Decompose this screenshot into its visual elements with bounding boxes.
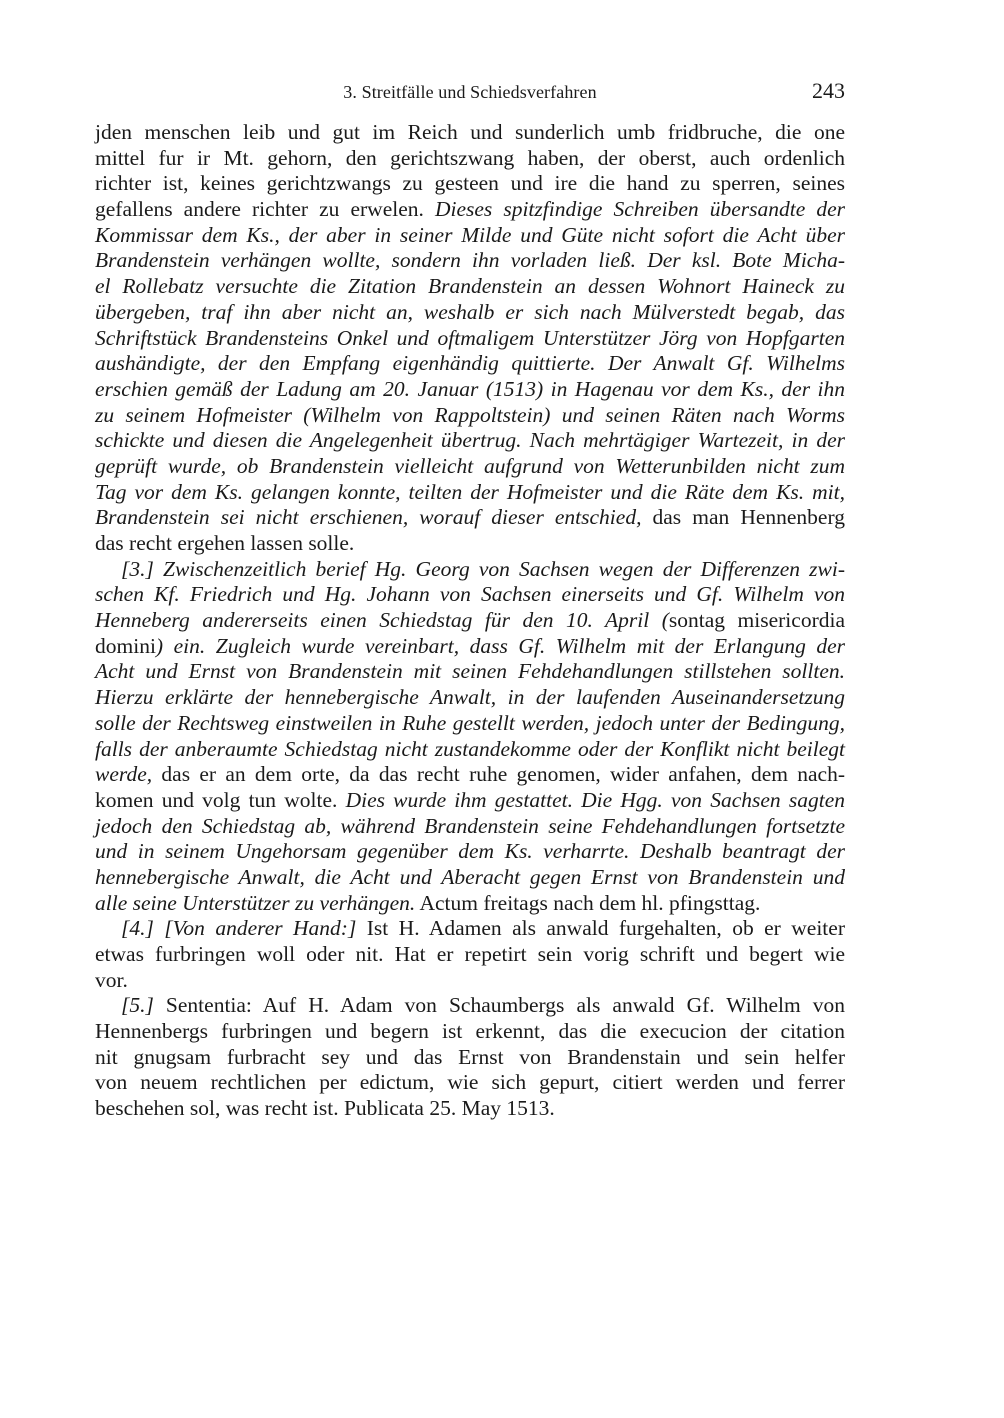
- text-line: komen und volg tun wolte. Dies wurde ihm…: [95, 788, 845, 814]
- source-quote-text: nit gnugsam furbracht sey und das Ernst …: [95, 1045, 845, 1069]
- text-line: etwas furbringen woll oder nit. Hat er r…: [95, 942, 845, 968]
- text-line: von neuem rechtlichen per edictum, wie s…: [95, 1070, 845, 1096]
- running-title: 3. Streitfälle und Schiedsverfahren: [95, 82, 845, 103]
- editorial-summary-text: Hierzu erklärte der hennebergische Anwal…: [95, 685, 845, 709]
- editorial-summary-text: erschien gemäß der Ladung am 20. Januar …: [95, 377, 845, 401]
- editorial-summary-text: geprüft wurde, ob Brandenstein vielleich…: [95, 454, 845, 478]
- source-quote-text: das er an dem orte, da das recht ruhe ge…: [152, 762, 845, 786]
- text-line: geprüft wurde, ob Brandenstein vielleich…: [95, 454, 845, 480]
- source-quote-text: beschehen sol, was recht ist. Publicata …: [95, 1096, 555, 1120]
- text-line: jden menschen leib und gut im Reich und …: [95, 120, 845, 146]
- source-quote-text: Sententia: Auf H. Adam von Schaumbergs a…: [154, 993, 845, 1017]
- editorial-summary-text: Brandenstein sei nicht erschienen, worau…: [95, 505, 641, 529]
- source-quote-text: etwas furbringen woll oder nit. Hat er r…: [95, 942, 845, 966]
- text-line: alle seine Unterstützer zu verhängen. Ac…: [95, 891, 845, 917]
- editorial-summary-text: übergeben, traf ihn aber nicht an, wesha…: [95, 300, 845, 324]
- editorial-summary-text: ) ein. Zugleich wurde vereinbart, dass G…: [156, 634, 845, 658]
- text-line: übergeben, traf ihn aber nicht an, wesha…: [95, 300, 845, 326]
- text-line: [5.] Sententia: Auf H. Adam von Schaumbe…: [95, 993, 845, 1019]
- text-line: richter ist, keines gerichtzwangs zu ges…: [95, 171, 845, 197]
- source-quote-text: das man Hennenberg: [641, 505, 845, 529]
- text-line: Kommissar dem Ks., der aber in seiner Mi…: [95, 223, 845, 249]
- text-line: nit gnugsam furbracht sey und das Ernst …: [95, 1045, 845, 1071]
- editorial-summary-text: Kommissar dem Ks., der aber in seiner Mi…: [95, 223, 845, 247]
- editorial-summary-text: und in seinem Ungehorsam gegenüber dem K…: [95, 839, 845, 863]
- editorial-summary-text: alle seine Unterstützer zu verhängen.: [95, 891, 415, 915]
- editorial-summary-text: [3.] Zwischenzeitlich berief Hg. Georg v…: [121, 557, 845, 581]
- editorial-summary-text: el Rollebatz versuchte die Zitation Bran…: [95, 274, 845, 298]
- running-header: 3. Streitfälle und Schiedsverfahren 243: [95, 78, 845, 108]
- source-quote-text: vor.: [95, 968, 128, 992]
- editorial-summary-text: schen Kf. Friedrich und Hg. Johann von S…: [95, 582, 845, 606]
- source-quote-text: domini: [95, 634, 156, 658]
- text-line: vor.: [95, 968, 845, 994]
- document-body: jden menschen leib und gut im Reich und …: [95, 120, 845, 1122]
- text-line: und in seinem Ungehorsam gegenüber dem K…: [95, 839, 845, 865]
- text-line: werde, das er an dem orte, da das recht …: [95, 762, 845, 788]
- editorial-summary-text: solle der Rechtsweg einstweilen in Ruhe …: [95, 711, 845, 735]
- editorial-summary-text: Dies wurde ihm gestattet. Die Hgg. von S…: [346, 788, 845, 812]
- text-line: hennebergische Anwalt, die Acht und Aber…: [95, 865, 845, 891]
- editorial-summary-text: Tag vor dem Ks. gelangen konnte, teilten…: [95, 480, 845, 504]
- text-line: el Rollebatz versuchte die Zitation Bran…: [95, 274, 845, 300]
- text-line: Tag vor dem Ks. gelangen konnte, teilten…: [95, 480, 845, 506]
- text-line: das recht ergehen lassen solle.: [95, 531, 845, 557]
- text-line: Acht und Ernst von Brandenstein mit sein…: [95, 659, 845, 685]
- editorial-summary-text: zu seinem Hofmeister (Wilhelm von Rappol…: [95, 403, 845, 427]
- source-quote-text: gefallens andere richter zu erwelen.: [95, 197, 435, 221]
- source-quote-text: das recht ergehen lassen solle.: [95, 531, 354, 555]
- source-quote-text: Actum freitags nach dem hl. pfingsttag.: [415, 891, 760, 915]
- source-quote-text: richter ist, keines gerichtzwangs zu ges…: [95, 171, 845, 195]
- editorial-summary-text: Schriftstück Brandensteins Onkel und oft…: [95, 326, 845, 350]
- editorial-summary-text: Henneberg andererseits einen Schiedstag …: [95, 608, 669, 632]
- text-line: beschehen sol, was recht ist. Publicata …: [95, 1096, 845, 1122]
- text-line: Schriftstück Brandensteins Onkel und oft…: [95, 326, 845, 352]
- text-line: jedoch den Schiedstag ab, während Brande…: [95, 814, 845, 840]
- editorial-summary-text: aushändigte, der den Empfang eigenhändig…: [95, 351, 845, 375]
- text-line: Henneberg andererseits einen Schiedstag …: [95, 608, 845, 634]
- text-line: erschien gemäß der Ladung am 20. Januar …: [95, 377, 845, 403]
- source-quote-text: komen und volg tun wolte.: [95, 788, 346, 812]
- source-quote-text: sontag misericordia: [669, 608, 845, 632]
- page-number: 243: [812, 78, 845, 104]
- editorial-summary-text: [5.]: [121, 993, 154, 1017]
- text-line: [3.] Zwischenzeitlich berief Hg. Georg v…: [95, 557, 845, 583]
- text-line: solle der Rechtsweg einstweilen in Ruhe …: [95, 711, 845, 737]
- text-line: falls der anberaumte Schiedstag nicht zu…: [95, 737, 845, 763]
- editorial-summary-text: Acht und Ernst von Brandenstein mit sein…: [95, 659, 845, 683]
- source-quote-text: von neuem rechtlichen per edictum, wie s…: [95, 1070, 845, 1094]
- editorial-summary-text: falls der anberaumte Schiedstag nicht zu…: [95, 737, 845, 761]
- editorial-summary-text: [4.] [Von anderer Hand:]: [121, 916, 356, 940]
- text-line: schickte und diesen die Angelegenheit üb…: [95, 428, 845, 454]
- text-line: schen Kf. Friedrich und Hg. Johann von S…: [95, 582, 845, 608]
- editorial-summary-text: schickte und diesen die Angelegenheit üb…: [95, 428, 845, 452]
- text-line: zu seinem Hofmeister (Wilhelm von Rappol…: [95, 403, 845, 429]
- text-line: [4.] [Von anderer Hand:] Ist H. Adamen a…: [95, 916, 845, 942]
- text-line: Hennenbergs furbringen und begern ist er…: [95, 1019, 845, 1045]
- editorial-summary-text: werde,: [95, 762, 152, 786]
- text-line: Brandenstein sei nicht erschienen, worau…: [95, 505, 845, 531]
- text-line: Brandenstein verhängen wollte, sondern i…: [95, 248, 845, 274]
- source-quote-text: mittel fur ir Mt. gehorn, den gerichtszw…: [95, 146, 845, 170]
- text-line: mittel fur ir Mt. gehorn, den gerichtszw…: [95, 146, 845, 172]
- text-line: domini) ein. Zugleich wurde vereinbart, …: [95, 634, 845, 660]
- source-quote-text: Ist H. Adamen als anwald furgehalten, ob…: [356, 916, 845, 940]
- editorial-summary-text: Brandenstein verhängen wollte, sondern i…: [95, 248, 845, 272]
- text-line: aushändigte, der den Empfang eigenhändig…: [95, 351, 845, 377]
- text-line: gefallens andere richter zu erwelen. Die…: [95, 197, 845, 223]
- text-line: Hierzu erklärte der hennebergische Anwal…: [95, 685, 845, 711]
- source-quote-text: jden menschen leib und gut im Reich und …: [95, 120, 845, 144]
- source-quote-text: Hennenbergs furbringen und begern ist er…: [95, 1019, 845, 1043]
- editorial-summary-text: hennebergische Anwalt, die Acht und Aber…: [95, 865, 845, 889]
- editorial-summary-text: jedoch den Schiedstag ab, während Brande…: [95, 814, 845, 838]
- editorial-summary-text: Dieses spitzfindige Schreiben übersandte…: [435, 197, 845, 221]
